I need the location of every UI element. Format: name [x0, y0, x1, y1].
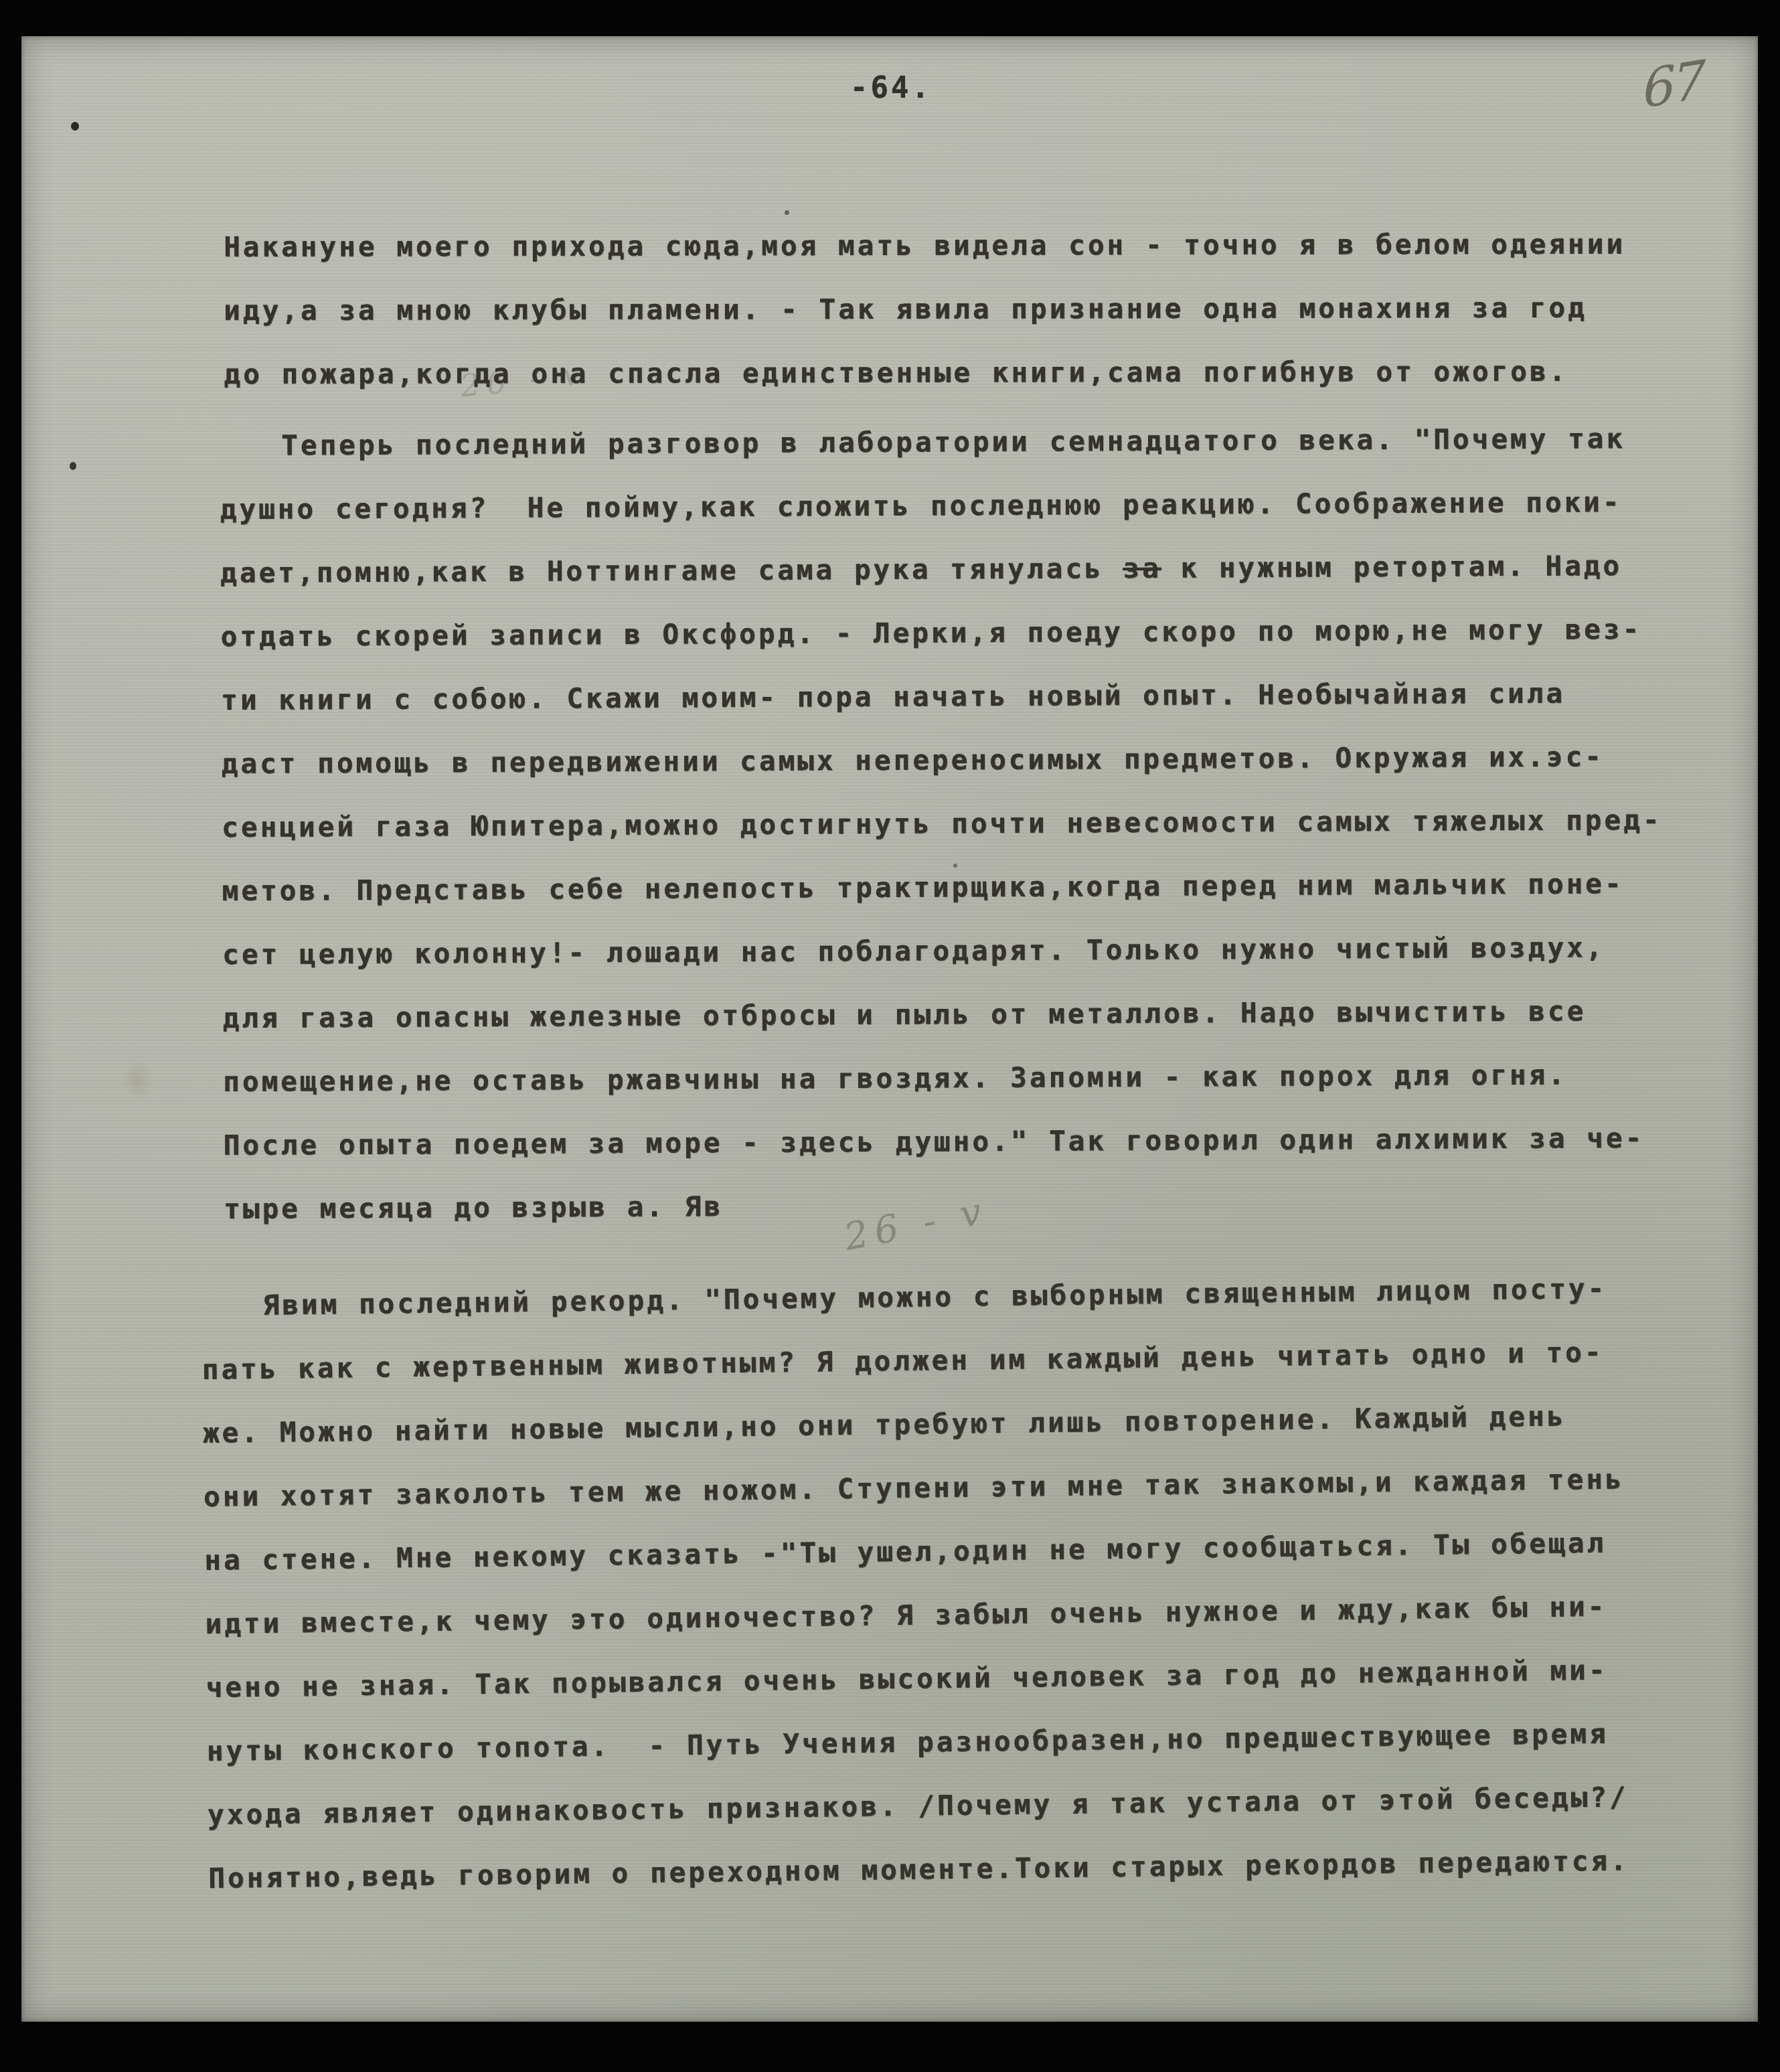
typewritten-text: Накануне моего прихода сюда,моя мать вид… [21, 216, 1758, 1911]
text-line: до пожара,когда она спасла единственные … [224, 339, 1758, 406]
handwritten-folio-number: 67 [1643, 50, 1704, 120]
paper-stain [122, 1060, 153, 1101]
text-line: даст помощь в передвижении самых неперен… [221, 724, 1759, 796]
text-line: для газа опасны железные отбросы и пыль … [222, 979, 1761, 1050]
paragraph: Накануне моего прихода сюда,моя мать вид… [224, 212, 1759, 406]
text-line: отдать скорей записи в Оксфорд. - Лерки,… [220, 597, 1759, 669]
paper-speck [71, 122, 79, 131]
paper-speck [785, 210, 789, 215]
paper-speck [953, 864, 957, 868]
text-line: душно сегодня? Не пойму,как сложить посл… [220, 470, 1758, 542]
paragraph: Явим последний рекорд. "Почему можно с в… [201, 1255, 1766, 1911]
text-line: сенцией газа Юпитера,можно достигнуть по… [222, 788, 1760, 860]
text-line: дает,помню,как в Ноттингаме сама рука тя… [220, 534, 1759, 605]
paper-speck [70, 462, 76, 470]
text-line: Теперь последний разговор в лаборатории … [220, 406, 1758, 478]
struck-out-word: за [1123, 552, 1161, 584]
text-segment: к нужным ретортам. Надо [1161, 550, 1623, 584]
text-line: помещение,не оставь ржавчины на гвоздях.… [223, 1042, 1761, 1114]
text-segment: дает,помню,как в Ноттингаме сама рука тя… [220, 552, 1123, 589]
text-line: Накануне моего прихода сюда,моя мать вид… [224, 212, 1758, 279]
text-line: ти книги с собою. Скажи моим- пора начат… [221, 661, 1759, 732]
scan-black-border: -64. 67 26 - v 26 - v Накануне моего при… [0, 0, 1780, 2072]
text-line: После опыта поедем за море - здесь душно… [223, 1106, 1761, 1178]
document-page: -64. 67 26 - v 26 - v Накануне моего при… [21, 36, 1758, 2022]
page-number: -64. [850, 71, 932, 105]
paragraph: Теперь последний разговор в лаборатории … [220, 406, 1762, 1241]
text-line: иду,а за мною клубы пламени. - Так явила… [224, 276, 1758, 343]
text-line: сет целую колонну!- лошади нас поблагода… [222, 915, 1761, 987]
text-line: метов. Представь себе нелепость трактирщ… [222, 852, 1760, 923]
text-line: тыре месяца до взрыв а. Яв [224, 1170, 1762, 1241]
